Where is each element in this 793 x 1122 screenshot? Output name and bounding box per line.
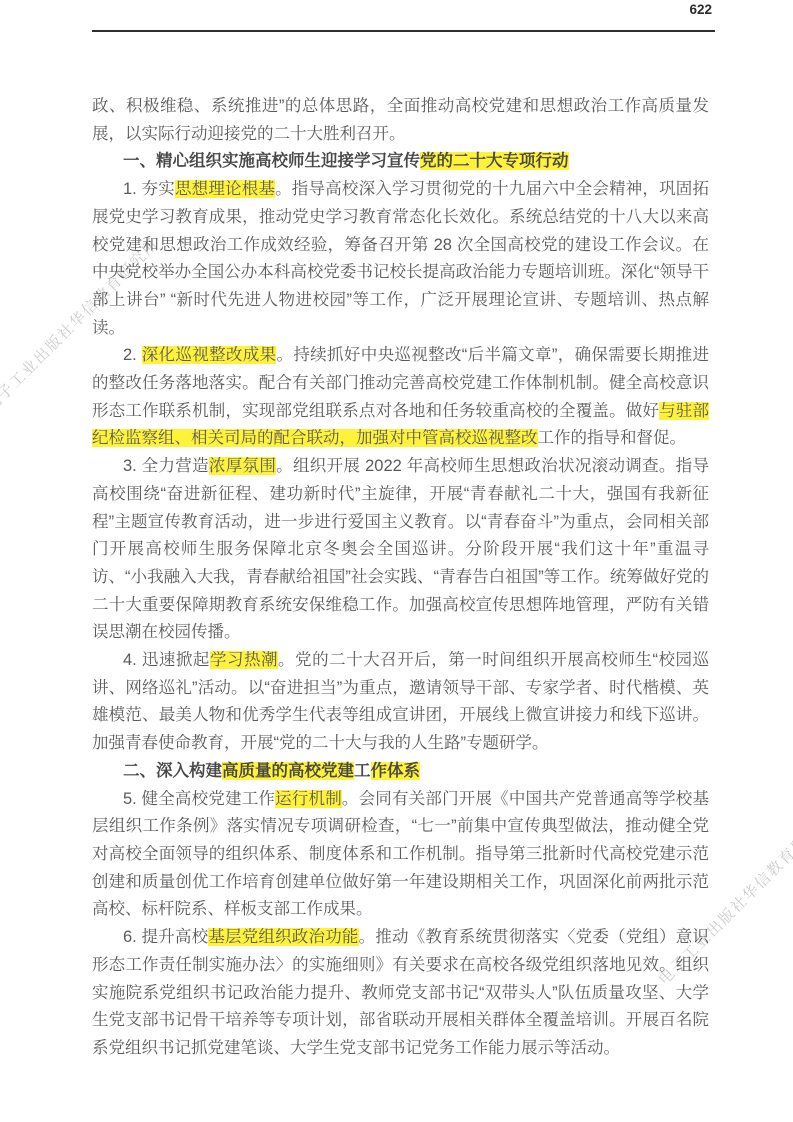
paragraph: 5. 健全高校党建工作运行机制。会同有关部门开展《中国共产党普通高等学校基层组织… bbox=[92, 786, 709, 925]
text-segment: 一、精心组织实施高校师生迎接学习宣传 bbox=[123, 152, 420, 170]
text-segment: 6. 提升高校 bbox=[123, 928, 208, 946]
text-segment: 。会同有关部门开展《中国共产党普通高等学校基层组织工作条例》落实情况专项调研检查… bbox=[92, 790, 709, 919]
highlighted-text: 浓厚氛围 bbox=[209, 457, 276, 475]
paragraph: 2. 深化巡视整改成果。持续抓好中央巡视整改“后半篇文章”，确保需要长期推进的整… bbox=[92, 342, 709, 453]
text-segment: 二、深入构建 bbox=[123, 762, 222, 780]
highlighted-text: 学习热潮 bbox=[210, 651, 278, 669]
text-segment: 工 bbox=[354, 762, 371, 780]
document-content: 政、积极维稳、系统推进”的总体思路，全面推动高校党建和思想政治工作高质量发展，以… bbox=[92, 93, 709, 1063]
section-heading: 一、精心组织实施高校师生迎接学习宣传党的二十大专项行动 bbox=[92, 148, 709, 176]
paragraph: 6. 提升高校基层党组织政治功能。推动《教育系统贯彻落实〈党委（党组）意识形态工… bbox=[92, 924, 709, 1063]
highlighted-text: 思想理论根基 bbox=[175, 180, 275, 198]
page-number: 622 bbox=[660, 2, 712, 17]
paragraph: 4. 迅速掀起学习热潮。党的二十大召开后，第一时间组织开展高校师生“校园巡讲、网… bbox=[92, 647, 709, 758]
highlighted-text: 高质量的高校党建 bbox=[222, 762, 354, 780]
text-segment: 4. 迅速掀起 bbox=[123, 651, 210, 669]
paragraph: 1. 夯实思想理论根基。指导高校深入学习贯彻党的十九届六中全会精神，巩固拓展党史… bbox=[92, 176, 709, 342]
text-segment: 。指导高校深入学习贯彻党的十九届六中全会精神，巩固拓展党史学习教育成果，推动党史… bbox=[92, 180, 709, 337]
text-segment: 政、积极维稳、系统推进”的总体思路，全面推动高校党建和思想政治工作高质量发展，以… bbox=[92, 97, 709, 143]
text-segment: 1. 夯实 bbox=[123, 180, 175, 198]
highlighted-text: 基层党组织政治功能 bbox=[208, 928, 358, 946]
paragraph: 政、积极维稳、系统推进”的总体思路，全面推动高校党建和思想政治工作高质量发展，以… bbox=[92, 93, 709, 148]
highlighted-text: 运行机制 bbox=[275, 790, 342, 808]
document-page: 622 电子工业出版社华信教育研究所 电子工业出版社华信教育研究所 政、积极维稳… bbox=[0, 0, 793, 1122]
text-segment: 工作的指导和督促。 bbox=[538, 429, 687, 447]
text-segment: 5. 健全高校党建工作 bbox=[123, 790, 275, 808]
text-segment: 2. bbox=[123, 346, 142, 364]
highlighted-text: 深化巡视整改成果 bbox=[142, 346, 277, 364]
text-segment: 。组织开展 2022 年高校师生思想政治状况滚动调查。指导高校围绕“奋进新征程、… bbox=[92, 457, 709, 641]
highlighted-text: 党的二十大专项行动 bbox=[420, 152, 569, 170]
text-segment: 3. 全力营造 bbox=[123, 457, 209, 475]
highlighted-text: 作体系 bbox=[371, 762, 421, 780]
text-segment: 。推动《教育系统贯彻落实〈党委（党组）意识形态工作责任制实施办法〉的实施细则》有… bbox=[92, 928, 709, 1057]
section-heading: 二、深入构建高质量的高校党建工作体系 bbox=[92, 758, 709, 786]
paragraph: 3. 全力营造浓厚氛围。组织开展 2022 年高校师生思想政治状况滚动调查。指导… bbox=[92, 453, 709, 647]
header-rule bbox=[92, 30, 715, 32]
